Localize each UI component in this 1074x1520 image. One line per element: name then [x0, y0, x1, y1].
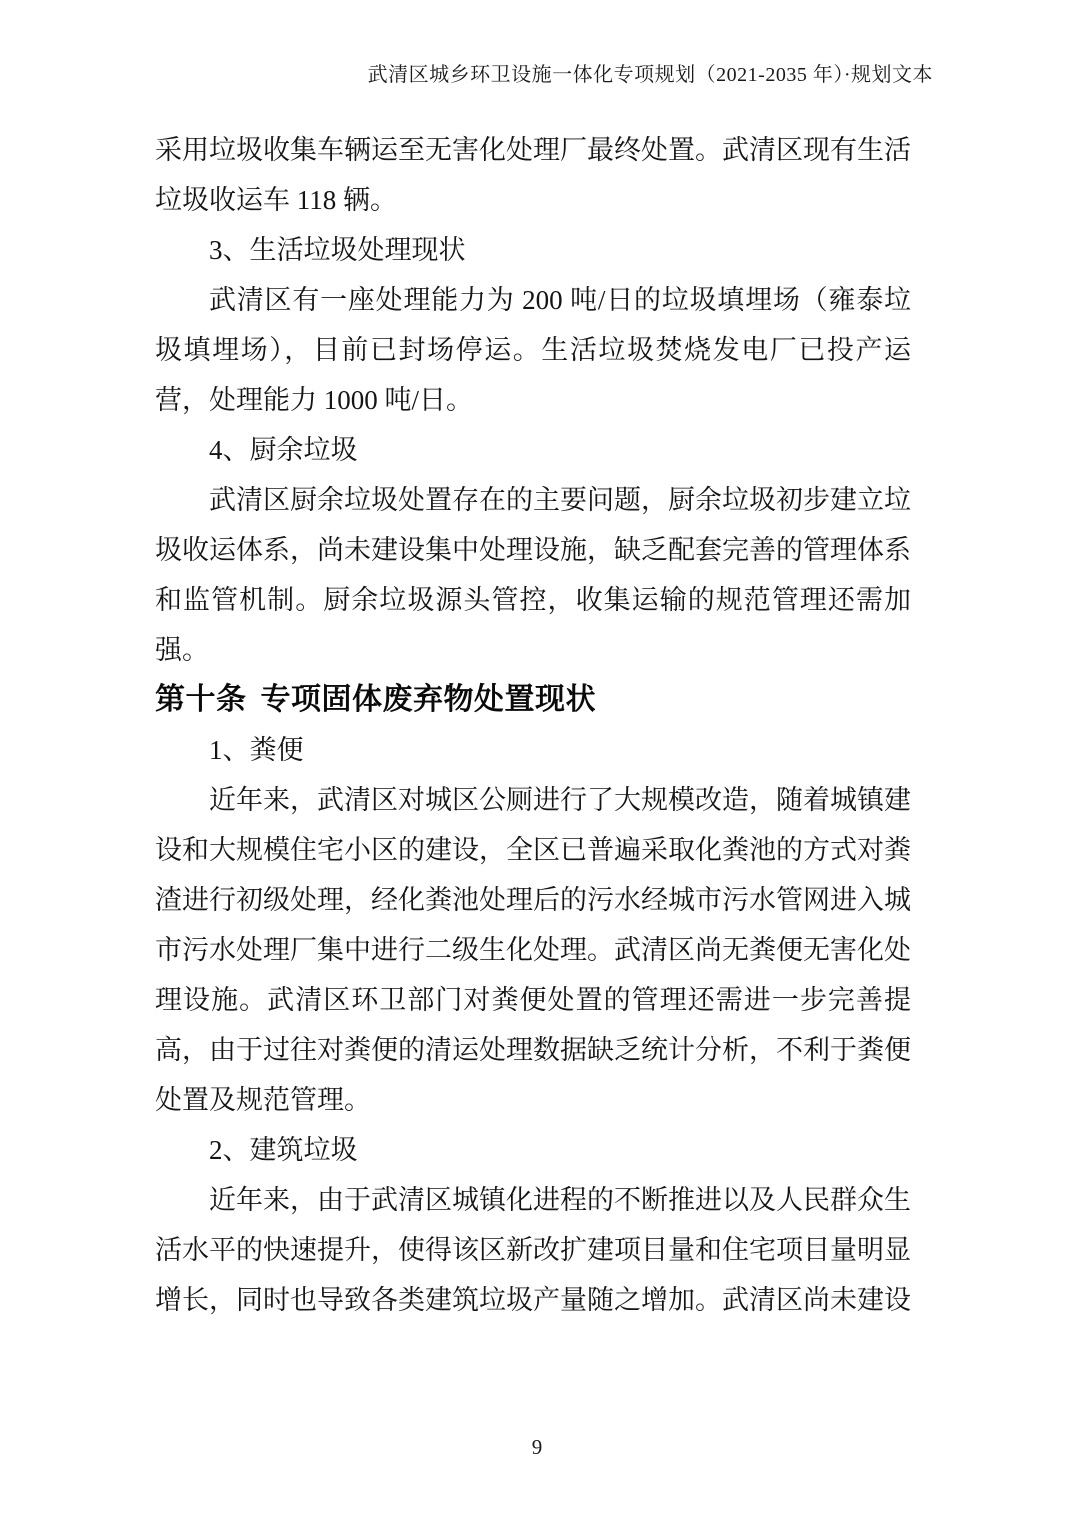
paragraph-waste-collection-continuation: 采用垃圾收集车辆运至无害化处理厂最终处置。武清区现有生活垃圾收运车 118 辆。 — [155, 125, 911, 225]
page-number: 9 — [0, 1434, 1074, 1460]
item-1-heading: 1、粪便 — [155, 725, 911, 775]
document-body: 采用垃圾收集车辆运至无害化处理厂最终处置。武清区现有生活垃圾收运车 118 辆。… — [155, 125, 911, 1325]
article-10-heading: 第十条专项固体废弃物处置现状 — [155, 675, 911, 725]
article-number: 第十条 — [155, 683, 247, 716]
document-page: 武清区城乡环卫设施一体化专项规划（2021-2035 年）·规划文本 采用垃圾收… — [0, 0, 1074, 1520]
paragraph-item-2-body: 近年来，由于武清区城镇化进程的不断推进以及人民群众生活水平的快速提升，使得该区新… — [155, 1175, 911, 1325]
paragraph-item-4-body: 武清区厨余垃圾处置存在的主要问题，厨余垃圾初步建立垃圾收运体系，尚未建设集中处理… — [155, 475, 911, 675]
running-header: 武清区城乡环卫设施一体化专项规划（2021-2035 年）·规划文本 — [0, 63, 933, 87]
paragraph-item-3-body: 武清区有一座处理能力为 200 吨/日的垃圾填埋场（雍泰垃圾填埋场），目前已封场… — [155, 275, 911, 425]
item-2-heading: 2、建筑垃圾 — [155, 1125, 911, 1175]
item-4-heading: 4、厨余垃圾 — [155, 425, 911, 475]
item-3-heading: 3、生活垃圾处理现状 — [155, 225, 911, 275]
article-title: 专项固体废弃物处置现状 — [261, 683, 597, 716]
paragraph-item-1-body: 近年来，武清区对城区公厕进行了大规模改造，随着城镇建设和大规模住宅小区的建设，全… — [155, 775, 911, 1125]
